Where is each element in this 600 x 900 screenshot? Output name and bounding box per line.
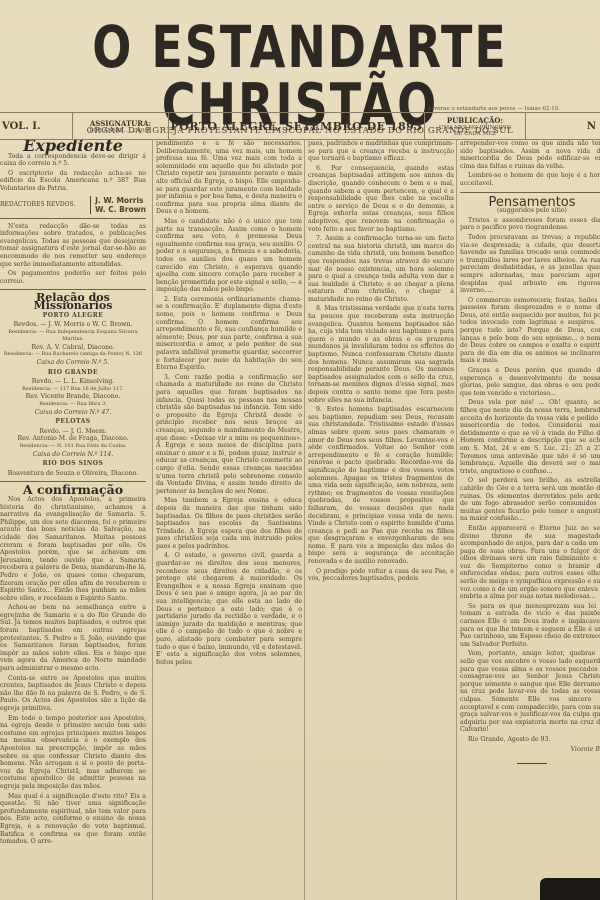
missionary-city: PELOTAS [0, 418, 146, 426]
article-paragraph: Achou-se bem na semelhança entre a egrej… [0, 604, 146, 672]
article-paragraph: Deus vela por nós! ... Oh! quanto, aos f… [460, 399, 600, 475]
expediente-paragraph: O escriptorio da redacção acha-se no edi… [0, 170, 146, 193]
missionary-line: Boaventura de Souza e Oliveira, Diacono. [0, 470, 146, 478]
missionary-line: Revdos. — J. W. Morris e W. C. Brown. [0, 321, 146, 329]
redactors-names: J. W. Morris W. C. Brown [90, 196, 146, 214]
volume-label: VOL. I. [0, 121, 72, 132]
missionary-city: PORTO ALEGRE [0, 312, 146, 320]
article-paragraph: O commercio esmorecera; festas, bailes e… [460, 297, 600, 365]
article-paragraph: Em todo o tempo posterior aos Apostolos,… [0, 715, 146, 791]
article-paragraph: Mas o candidato não é o unico que tem pa… [156, 218, 302, 294]
subscription-box: ASSIGNATURA: POR ANNO ......3$000 [72, 113, 169, 139]
missionary-city: RIO DOS SINOS [0, 460, 146, 468]
article-paragraph: paes, padrinhos e madrinhas que cumprima… [308, 140, 454, 163]
article-paragraph: Mas qual é a significação d'este rito? E… [0, 793, 146, 846]
article-paragraph: 3. Com razão podia a confirmação ser cha… [156, 374, 302, 496]
missionary-line: Residencia: — Rua Ilhra 3. [0, 401, 146, 409]
expediente-paragraph: Toda a correspondencia deve-se dirigir á… [0, 153, 146, 168]
article-paragraph: pendimento e a fé são necessarios. Delib… [156, 140, 302, 216]
dateline: PORTO ALEGRE, SETEMBRO DE 1893 [169, 120, 424, 133]
missionary-line: Rev. Vicente Brande, Diacono. [0, 393, 146, 401]
missionary-line: Revdo. — J. G. Meem. [0, 428, 146, 436]
missionaries-list: PORTO ALEGRERevdos. — J. W. Morris e W. … [0, 312, 146, 478]
info-bar: VOL. I. ASSIGNATURA: POR ANNO ......3$00… [0, 112, 600, 140]
article-paragraph: arrepender-vos como os que ainda não tem… [460, 140, 600, 170]
missionary-city: RIO GRANDE [0, 369, 146, 377]
subscription-value: POR ANNO ......3$000 [90, 128, 152, 134]
article-paragraph: 4. O estado, o governo civil, guarda a g… [156, 552, 302, 666]
redactor-name: J. W. Morris [95, 196, 146, 205]
article-paragraph: Tristes e assombrosos foram esses dias p… [460, 217, 600, 232]
subscription-label: ASSIGNATURA: [90, 119, 151, 128]
redactors: REDACTORES REVDOS. J. W. Morris W. C. Br… [0, 196, 146, 214]
missionaries-heading: Relação dos Missionarios [0, 294, 146, 309]
article-paragraph: 8. Mas tristissima verdade que n'esta te… [308, 305, 454, 404]
publication-value-2: DE CADA MEZ [454, 131, 496, 137]
missionary-line: Caixa do Correio N.º 114. [0, 451, 146, 459]
article-paragraph: Então apparecerá o Eterno Juiz no seu di… [460, 525, 600, 601]
end-rule [517, 763, 547, 764]
missionary-line: Rev. Antonio M. de Fraga, Diacono. [0, 435, 146, 443]
missionary-line: Residencia: — N. 101 Rua Felix da Cunha. [0, 443, 146, 451]
article-paragraph: 9. Estes homens baptisados escarnecem se… [308, 406, 454, 565]
article-paragraph: Graças a Deus porém que quando da espera… [460, 367, 600, 397]
article-paragraph: Conta-se entre os Apostolos que muitos c… [0, 675, 146, 713]
expediente-paragraph: Os pagamentos poderão ser feitos pelo co… [0, 270, 146, 285]
confirmation-heading: A confirmação [0, 486, 146, 494]
expediente-heading: Expediente [0, 142, 146, 150]
article-paragraph: 2. Esta ceremonia ordinariamente chama-s… [156, 296, 302, 372]
publication-label: PUBLICAÇÃO: [447, 116, 503, 125]
missionary-line: Revdo. — L. L. Kinsolving. [0, 378, 146, 386]
column-2: pendimento e a fé são necessarios. Delib… [152, 140, 302, 900]
redactors-label: REDACTORES REVDOS. [0, 201, 75, 209]
article-paragraph: Mas tambem a Egreja ensina e educa depoi… [156, 497, 302, 550]
article-paragraph: O sol perderá seu brilho, as estrellas c… [460, 477, 600, 523]
missionary-line: Residencia: — 117 Rua 16 de Julho 117. [0, 386, 146, 394]
article-paragraph: Se para os que menosprezam sua lei e tom… [460, 603, 600, 649]
article-paragraph: Todos procuravam as trevas; a republica … [460, 234, 600, 295]
missionary-line: Caixa do Correio N.º 5. [0, 359, 146, 367]
divider [0, 218, 146, 219]
article-paragraph: O prodigo póde voltar a casa de seu Pae,… [308, 568, 454, 583]
redactor-name: W. C. Brown [95, 205, 146, 214]
missionary-line: Caixa do Correio N.º 47. [0, 409, 146, 417]
signature: Vicente Br. [460, 746, 600, 754]
newspaper-page: O ESTANDARTE CHRISTÃO ORGAM DA EGREJA PR… [0, 0, 600, 900]
article-paragraph: Nos Actos dos Apostolos, a primeira hist… [0, 496, 146, 602]
issue-number: N [526, 121, 600, 132]
article-paragraph: Lembre-se o homem de que hoje é a hora a… [460, 172, 600, 187]
divider [0, 289, 146, 290]
pensamentos-heading: Pensamentos [460, 199, 600, 207]
article-paragraph: Vem, portanto, amigo leitor, quebrae o s… [460, 650, 600, 734]
divider [460, 192, 600, 193]
pensamentos-subtitle: (suggeridos pelo sitio) [460, 207, 600, 215]
dateline-place: Rio Grande, Agosto de 93. [460, 736, 600, 744]
article-paragraph: 6. Por consequencia, quando estas creanç… [308, 165, 454, 233]
column-1: Expediente Toda a correspondencia deve-s… [0, 140, 146, 900]
scan-damage [540, 878, 600, 900]
column-3: paes, padrinhos e madrinhas que cumprima… [304, 140, 454, 900]
expediente-paragraph: N'esta redacção dão-se todas as informaç… [0, 223, 146, 269]
column-4: arrepender-vos como os que ainda não tem… [456, 140, 600, 900]
publication-box: PUBLICAÇÃO: UMA VEZ NO PRINCIPIO DE CADA… [424, 113, 526, 139]
missionary-line: Residencia: — Rua Bacharelo (antiga da P… [0, 351, 146, 359]
missionary-line: Residencia: — Rua Independencia Esquina … [0, 329, 146, 344]
article-paragraph: 7. Assim a confirmação torna-se um facto… [308, 235, 454, 303]
